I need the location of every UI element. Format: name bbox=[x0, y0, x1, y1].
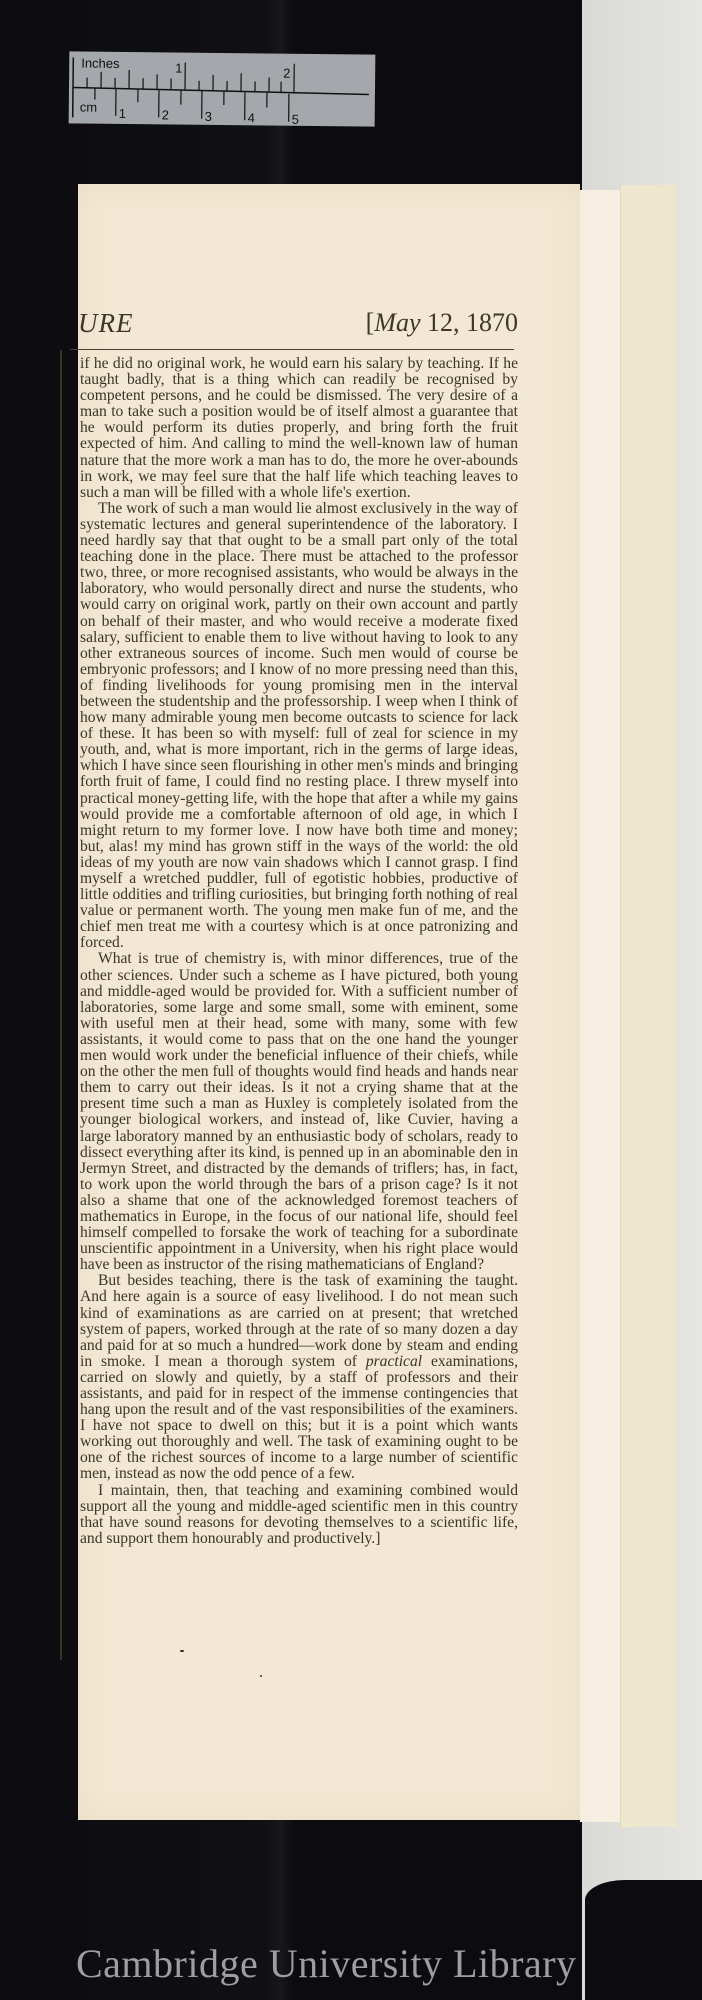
scale-bar: 1 2 1 2 3 4 5 Inches cm bbox=[69, 51, 376, 126]
svg-text:5: 5 bbox=[292, 112, 299, 127]
watermark-text: Cambridge University Library bbox=[76, 1940, 577, 1987]
date-month: May bbox=[374, 308, 420, 337]
svg-text:1: 1 bbox=[175, 61, 182, 76]
ink-speck bbox=[180, 1650, 184, 1652]
svg-text:2: 2 bbox=[162, 107, 169, 122]
page-header: URE [May 12, 1870 bbox=[78, 308, 518, 348]
paragraph-2: The work of such a man would lie almost … bbox=[80, 501, 518, 952]
date-day-year: 12, 1870 bbox=[421, 308, 519, 337]
velvet-edge bbox=[585, 1880, 702, 2000]
masthead-fragment: URE bbox=[78, 308, 133, 339]
paragraph-3: What is true of chemistry is, with minor… bbox=[80, 951, 518, 1273]
issue-date: [May 12, 1870 bbox=[366, 308, 518, 338]
date-bracket: [ bbox=[366, 308, 375, 337]
inches-label: Inches bbox=[81, 56, 119, 71]
paragraph-5: I maintain, then, that teaching and exam… bbox=[80, 1483, 518, 1547]
svg-text:1: 1 bbox=[119, 106, 126, 121]
column-rule bbox=[60, 350, 62, 1660]
svg-text:2: 2 bbox=[283, 66, 290, 81]
article-body: if he did no original work, he would ear… bbox=[80, 356, 518, 1547]
cm-label: cm bbox=[80, 100, 97, 115]
folded-paper-flap-outer bbox=[620, 185, 676, 1828]
svg-text:4: 4 bbox=[248, 110, 255, 125]
header-rule bbox=[70, 349, 514, 350]
folded-paper-flap-inner bbox=[580, 190, 620, 1822]
svg-text:3: 3 bbox=[205, 109, 212, 124]
paragraph-4: But besides teaching, there is the task … bbox=[80, 1273, 518, 1482]
paragraph-4-part-2: examinations, carried on slowly and quie… bbox=[80, 1353, 518, 1483]
paragraph-4-italic: practical bbox=[366, 1353, 422, 1370]
paragraph-1: if he did no original work, he would ear… bbox=[80, 356, 518, 501]
ink-speck bbox=[260, 1675, 262, 1677]
